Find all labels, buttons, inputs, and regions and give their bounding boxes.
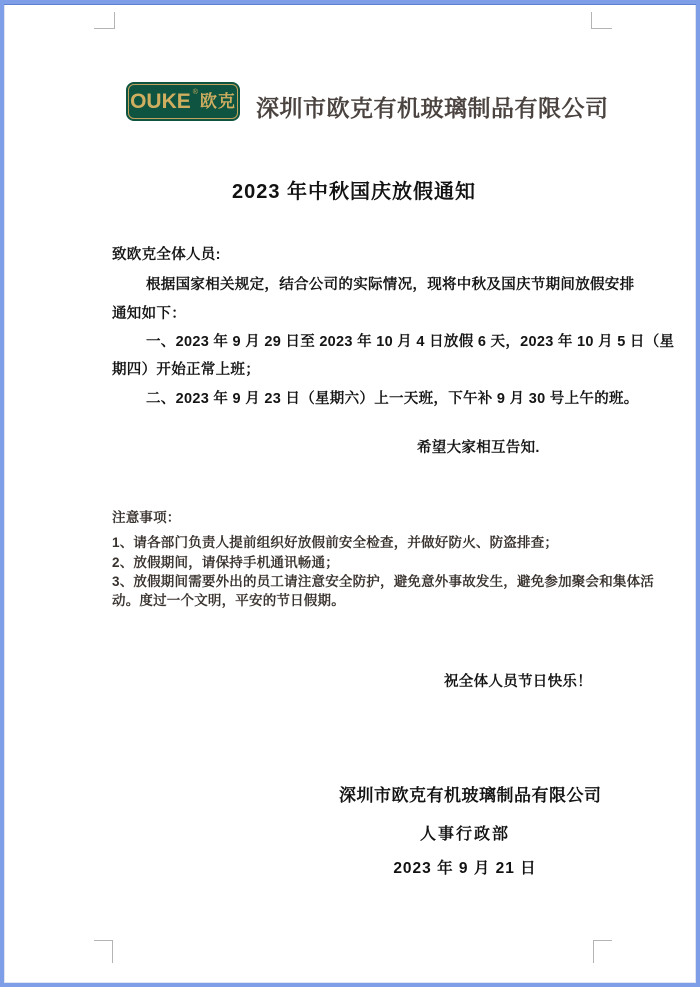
arrangement-item-line: 一、2023 年 9 月 29 日至 2023 年 10 月 4 日放假 6 天… [146,332,674,352]
registered-trademark-icon: ® [193,89,198,96]
signature-date: 2023 年 9 月 21 日 [339,856,591,878]
paragraph-line: 通知如下： [112,304,186,324]
note-line: 动。度过一个文明，平安的节日假期。 [112,591,345,611]
arrangement-item-line: 期四）开始正常上班； [112,360,260,380]
paragraph-line: 根据国家相关规定，结合公司的实际情况，现将中秋及国庆节期间放假安排 [146,275,634,295]
logo-brand-latin: OUKE [130,91,191,112]
crop-mark-top-left [94,12,115,29]
logo-brand-chinese: 欧克 [200,93,236,110]
arrangement-item-line: 二、2023 年 9 月 23 日（星期六）上一天班，下午补 9 月 30 号上… [146,389,639,409]
note-line: 2、放假期间，请保持手机通讯畅通； [112,553,339,573]
company-logo: OUKE ® 欧克 [126,82,240,121]
signature-company: 深圳市欧克有机玻璃制品有限公司 [339,781,591,806]
crop-mark-bottom-right [593,940,612,963]
note-line: 3、放假期间需要外出的员工请注意安全防护，避免意外事故发生，避免参加聚会和集体活 [112,572,654,592]
notes-title: 注意事项： [112,508,181,528]
salutation-line: 致欧克全体人员: [112,245,221,265]
notice-title: 2023 年中秋国庆放假通知 [112,175,596,204]
crop-mark-top-right [591,12,612,29]
crop-mark-bottom-left [94,940,113,963]
signature-department: 人事行政部 [339,821,591,844]
company-name-header: 深圳市欧克有机玻璃制品有限公司 [256,90,609,123]
document-page: OUKE ® 欧克 深圳市欧克有机玻璃制品有限公司 2023 年中秋国庆放假通知… [0,0,700,987]
note-line: 1、请各部门负责人提前组织好放假前安全检查，并做好防火、防盗排查； [112,533,558,553]
wish-line: 希望大家相互告知. [417,438,540,458]
closing-greeting: 祝全体人员节日快乐！ [444,672,592,692]
